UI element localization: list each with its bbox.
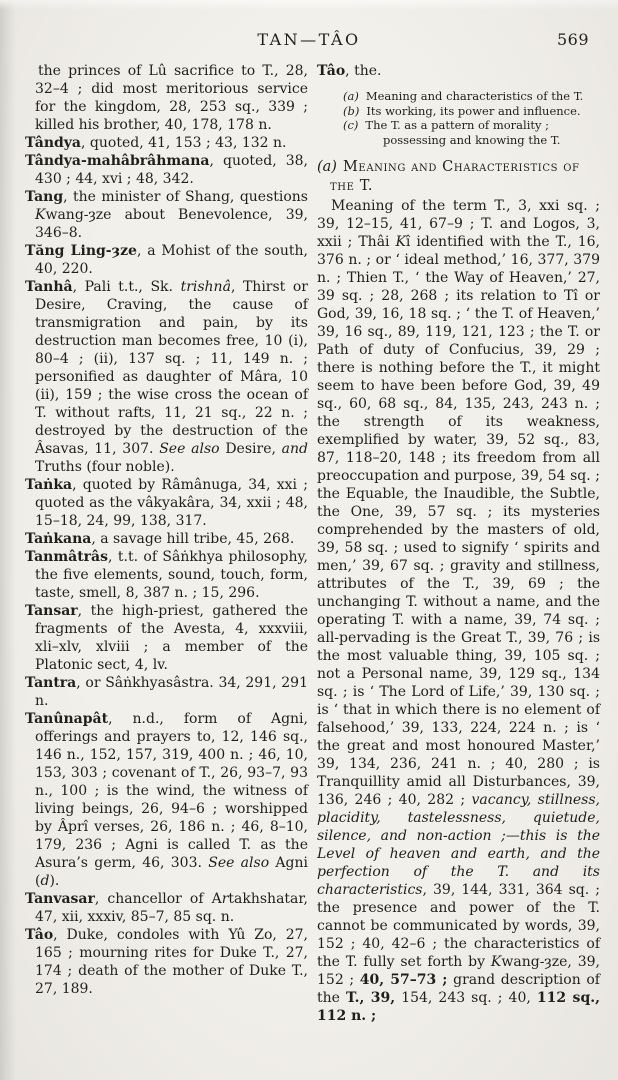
index-entry-tansar: Tansar, the high-priest, gathered the fr… xyxy=(25,602,308,674)
index-entry-tang: Tang, the minister of Shang, questions K… xyxy=(25,188,308,242)
index-entry-tao-the: Tâo, the. xyxy=(317,62,600,80)
outline-item-b: (b)Its working, its power and influence. xyxy=(317,104,600,119)
outline-item-a: (a)Meaning and characteristics of the T. xyxy=(317,89,600,104)
page-edge-shadow xyxy=(0,0,16,1080)
index-entry-tandya-mahabrahmana: Tândya-mahâbrâhmana, quoted, 38, 430 ; 4… xyxy=(25,152,308,188)
outline-text: Its working, its power and influence. xyxy=(366,104,580,118)
section-heading-text: Meaning and Characteristics of the T. xyxy=(330,159,580,194)
outline-label: (a) xyxy=(343,89,359,103)
outline-text: Meaning and characteristics of the T. xyxy=(366,89,583,103)
text-columns: the princes of Lû sacrifice to T., 28, 3… xyxy=(0,60,618,1025)
outline-label: (c) xyxy=(343,118,358,132)
index-entry-tandya: Tândya, quoted, 41, 153 ; 43, 132 n. xyxy=(25,134,308,152)
book-page: TAN—TÂO 569 the princes of Lû sacrifice … xyxy=(0,0,618,1080)
index-entry-tanvasar: Tanvasar, chancellor of Artakhshatar, 47… xyxy=(25,890,308,926)
index-entry-continued: the princes of Lû sacrifice to T., 28, 3… xyxy=(25,62,308,134)
running-head-title: TAN—TÂO xyxy=(257,30,360,49)
outline-text: The T. as a pattern of morality ; posses… xyxy=(365,118,560,147)
index-entry-tankana: Taṅkana, a savage hill tribe, 45, 268. xyxy=(25,530,308,548)
page-number: 569 xyxy=(557,30,589,49)
index-entry-tanha: Tanhâ, Pali t.t., Sk. trishnâ, Thirst or… xyxy=(25,278,308,476)
section-paragraph: Meaning of the term T., 3, xxi sq. ; 39,… xyxy=(317,197,600,1025)
running-head: TAN—TÂO 569 xyxy=(0,0,618,60)
outline-label: (b) xyxy=(343,104,359,118)
index-entry-tao-duke: Tâo, Duke, condoles with Yû Zo, 27, 165 … xyxy=(25,926,308,998)
index-entry-tanunapat: Tanûnapât, n.d., form of Agni, offerings… xyxy=(25,710,308,890)
topic-outline: (a)Meaning and characteristics of the T.… xyxy=(317,89,600,147)
index-entry-tanmatras: Tanmâtrâs, t.t. of Sâṅkhya philosophy, t… xyxy=(25,548,308,602)
section-heading: (a)Meaning and Characteristics of the T. xyxy=(317,158,600,196)
index-entry-tantra: Tantra, or Sâṅkhyasâstra. 34, 291, 291 n… xyxy=(25,674,308,710)
index-entry-tanka: Taṅka, quoted by Râmânuga, 34, xxi ; quo… xyxy=(25,476,308,530)
outline-item-c: (c)The T. as a pattern of morality ; pos… xyxy=(317,118,600,147)
left-column: the princes of Lû sacrifice to T., 28, 3… xyxy=(25,62,308,1025)
section-heading-label: (a) xyxy=(317,159,337,175)
index-entry-tang-ling-tze: Tăng Ling-ȝze, a Mohist of the south, 40… xyxy=(25,242,308,278)
right-column: Tâo, the. (a)Meaning and characteristics… xyxy=(317,62,600,1025)
